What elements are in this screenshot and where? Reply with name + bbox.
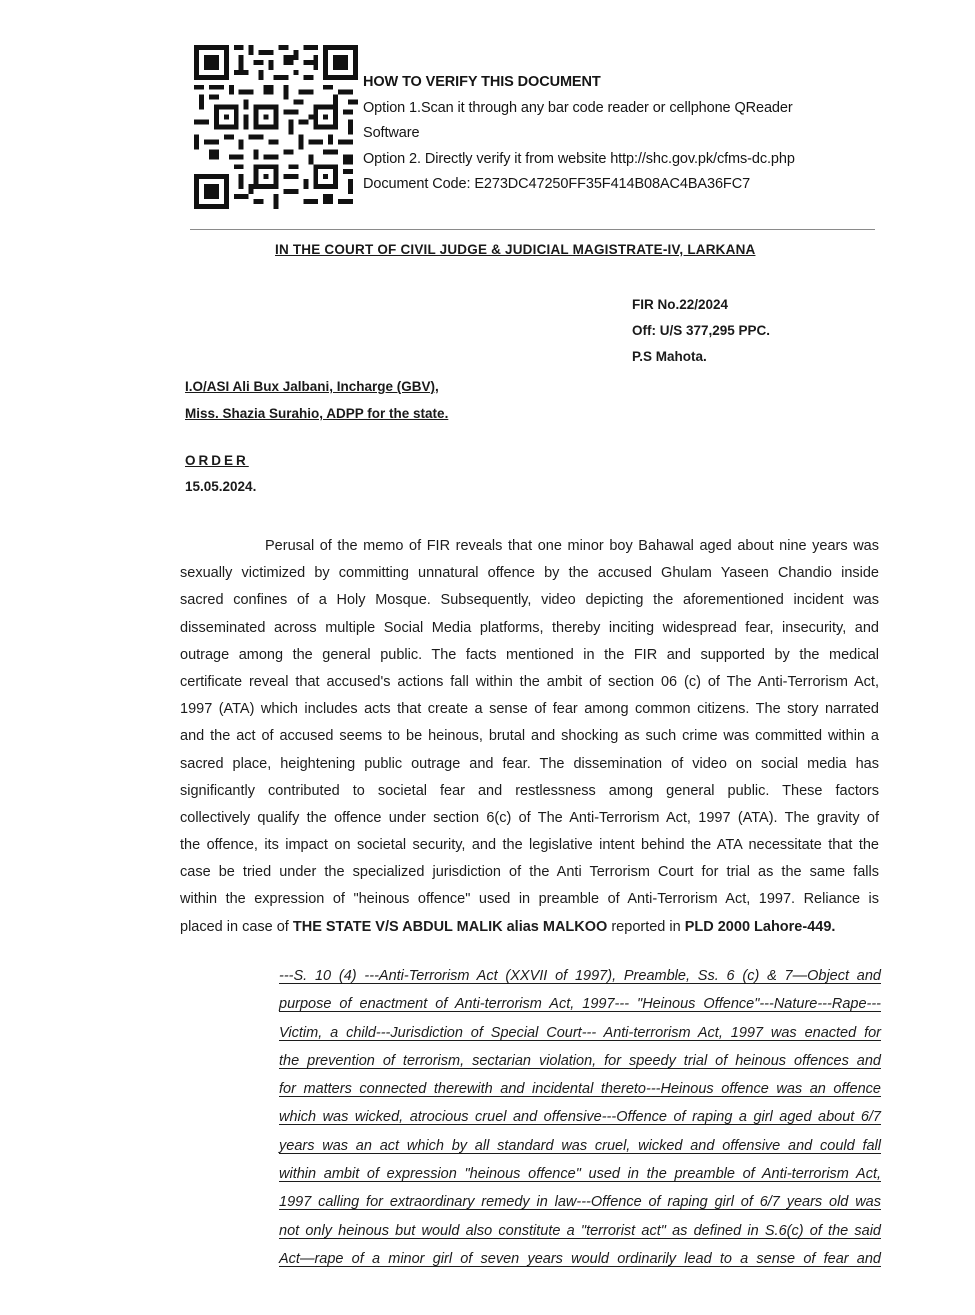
appearance-adpp: Miss. Shazia Surahio, ADPP for the state… xyxy=(185,400,448,427)
body-line: Perusal of the memo of FIR reveals that … xyxy=(180,533,879,560)
order-date: 15.05.2024. xyxy=(185,479,256,494)
quote-line: purpose of enactment of Anti-terrorism A… xyxy=(279,990,881,1018)
body-line: disseminated across multiple Social Medi… xyxy=(180,615,879,642)
offence-sections: Off: U/S 377,295 PPC. xyxy=(632,318,770,344)
body-line: sacred place, heightening public outrage… xyxy=(180,751,879,778)
body-line: collectively qualify the offence under s… xyxy=(180,805,879,832)
court-heading: IN THE COURT OF CIVIL JUDGE & JUDICIAL M… xyxy=(0,242,975,257)
quote-line: the prevention of terrorism, sectarian v… xyxy=(279,1047,881,1075)
qr-code-icon xyxy=(194,44,358,210)
body-line: case be tried under the specialized juri… xyxy=(180,859,879,886)
citation: PLD 2000 Lahore-449. xyxy=(685,919,836,935)
police-station: P.S Mahota. xyxy=(632,344,770,370)
body-line: within the expression of "heinous offenc… xyxy=(180,886,879,913)
body-line: and the act of accused seems to be heino… xyxy=(180,723,879,750)
appearances: I.O/ASI Ali Bux Jalbani, Incharge (GBV),… xyxy=(185,373,448,427)
citation-quote: ---S. 10 (4) ---Anti-Terrorism Act (XXVI… xyxy=(279,962,881,1273)
body-line: outrage among the general public. The fa… xyxy=(180,642,879,669)
quote-line: within ambit of expression "heinous offe… xyxy=(279,1160,881,1188)
case-name: THE STATE V/S ABDUL MALIK alias MALKOO xyxy=(293,919,607,935)
quote-line: for matters connected therewith and inci… xyxy=(279,1075,881,1103)
verification-instructions: HOW TO VERIFY THIS DOCUMENT Option 1.Sca… xyxy=(363,70,795,198)
order-body: Perusal of the memo of FIR reveals that … xyxy=(180,533,879,941)
quote-line: 1997 calling for extraordinary remedy in… xyxy=(279,1188,881,1216)
header-divider xyxy=(190,229,875,230)
body-line: sacred confines of a Holy Mosque. Subseq… xyxy=(180,587,879,614)
case-info: FIR No.22/2024 Off: U/S 377,295 PPC. P.S… xyxy=(632,292,770,370)
quote-line: years was an act which by all standard w… xyxy=(279,1132,881,1160)
quote-line: Victim, a child---Jurisdiction of Specia… xyxy=(279,1019,881,1047)
verification-option-1: Option 1.Scan it through any bar code re… xyxy=(363,96,795,122)
appearance-io: I.O/ASI Ali Bux Jalbani, Incharge (GBV), xyxy=(185,373,448,400)
body-line: sexually victimized by committing unnatu… xyxy=(180,560,879,587)
quote-line: Act—rape of a minor girl of seven years … xyxy=(279,1245,881,1273)
body-line: certificate reveal that accused's action… xyxy=(180,669,879,696)
quote-line: ---S. 10 (4) ---Anti-Terrorism Act (XXVI… xyxy=(279,962,881,990)
body-line: 1997 (ATA) which includes acts that crea… xyxy=(180,696,879,723)
quote-line: which was wicked, atrocious cruel and of… xyxy=(279,1103,881,1131)
document-code: Document Code: E273DC47250FF35F414B08AC4… xyxy=(363,172,795,198)
verification-option-1-cont: Software xyxy=(363,121,795,147)
quote-line: not only heinous but would also constitu… xyxy=(279,1217,881,1245)
verification-title: HOW TO VERIFY THIS DOCUMENT xyxy=(363,70,795,96)
fir-number: FIR No.22/2024 xyxy=(632,292,770,318)
body-line: the offence, its impact on societal secu… xyxy=(180,832,879,859)
order-heading: ORDER xyxy=(185,453,249,468)
body-line-reliance: placed in case of THE STATE V/S ABDUL MA… xyxy=(180,914,879,941)
body-line: significantly contributed to societal fe… xyxy=(180,778,879,805)
verification-option-2: Option 2. Directly verify it from websit… xyxy=(363,147,795,173)
